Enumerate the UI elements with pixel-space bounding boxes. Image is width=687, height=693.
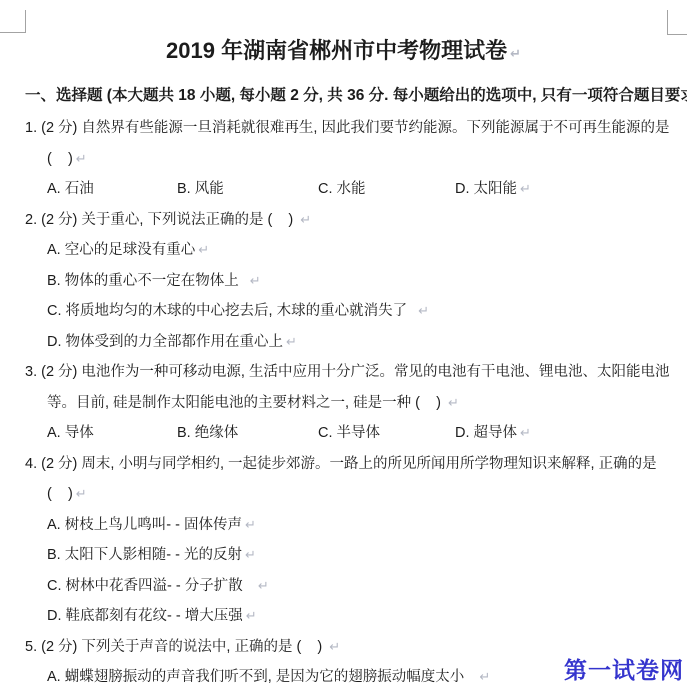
- paragraph-mark: ↵: [73, 152, 87, 167]
- question-3-option-d: D. 超导体: [455, 418, 517, 449]
- paragraph-mark: ↵: [517, 426, 531, 441]
- question-2-option-c: C. 将质地均匀的木球的中心挖去后, 木球的重心就消失了 ↵: [47, 296, 662, 327]
- question-4-option-d: D. 鞋底都刻有花纹- - 增大压强↵: [47, 601, 662, 632]
- paragraph-mark: ↵: [476, 670, 490, 685]
- question-4-stem: 4. (2 分) 周末, 小明与同学相约, 一起徒步郊游。一路上的所见所闻用所学…: [25, 449, 662, 480]
- site-watermark: 第一试卷网: [564, 652, 684, 685]
- section-heading: 一、选择题 (本大题共 18 小题, 每小题 2 分, 共 36 分. 每小题给…: [25, 86, 662, 106]
- paragraph-mark: ↵: [445, 396, 459, 411]
- paragraph-mark: ↵: [507, 47, 521, 62]
- question-3-stem-line-1: 3. (2 分) 电池作为一种可移动电源, 生活中应用十分广泛。常见的电池有干电…: [25, 357, 662, 388]
- question-4-option-c: C. 树林中花香四溢- - 分子扩散 ↵: [47, 571, 662, 602]
- question-3-option-b: B. 绝缘体: [177, 418, 318, 449]
- section-heading-text: 一、选择题 (本大题共 18 小题, 每小题 2 分, 共 36 分. 每小题给…: [25, 87, 687, 104]
- question-1-stem: 1. (2 分) 自然界有些能源一旦消耗就很难再生, 因此我们要节约能源。下列能…: [25, 113, 662, 144]
- document-page: 2019 年湖南省郴州市中考物理试卷↵ 一、选择题 (本大题共 18 小题, 每…: [0, 0, 687, 693]
- question-2-option-a: A. 空心的足球没有重心↵: [47, 235, 662, 266]
- question-4-answer-blank: ( )↵: [47, 479, 662, 510]
- question-1-option-b: B. 风能: [177, 174, 318, 205]
- question-1-option-a: A. 石油: [47, 174, 177, 205]
- paragraph-mark: ↵: [415, 304, 429, 319]
- page-margin-mark-right: [667, 10, 687, 35]
- question-2-option-d: D. 物体受到的力全部都作用在重心上↵: [47, 327, 662, 358]
- paragraph-mark: ↵: [283, 335, 297, 350]
- question-3-options-row: A. 导体B. 绝缘体C. 半导体D. 超导体↵: [47, 418, 662, 449]
- question-1-options-row: A. 石油B. 风能C. 水能D. 太阳能↵: [47, 174, 662, 205]
- question-4-option-b: B. 太阳下人影相随- - 光的反射↵: [47, 540, 662, 571]
- question-4-option-a: A. 树枝上鸟儿鸣叫- - 固体传声↵: [47, 510, 662, 541]
- document-content: 2019 年湖南省郴州市中考物理试卷↵ 一、选择题 (本大题共 18 小题, 每…: [25, 0, 662, 693]
- question-list: 1. (2 分) 自然界有些能源一旦消耗就很难再生, 因此我们要节约能源。下列能…: [25, 113, 662, 693]
- paragraph-mark: ↵: [242, 548, 256, 563]
- paragraph-mark: ↵: [247, 274, 261, 289]
- page-margin-mark-left: [0, 10, 26, 33]
- paragraph-mark: ↵: [73, 487, 87, 502]
- exam-title-text: 2019 年湖南省郴州市中考物理试卷: [166, 38, 507, 63]
- question-3-option-a: A. 导体: [47, 418, 177, 449]
- paragraph-mark: ↵: [326, 640, 340, 655]
- question-3-option-c: C. 半导体: [318, 418, 455, 449]
- exam-title: 2019 年湖南省郴州市中考物理试卷↵: [25, 36, 662, 66]
- question-1-option-c: C. 水能: [318, 174, 455, 205]
- paragraph-mark: ↵: [195, 243, 209, 258]
- question-3-stem-line-2: 等。目前, 硅是制作太阳能电池的主要材料之一, 硅是一种 ( ) ↵: [47, 388, 662, 419]
- paragraph-mark: ↵: [255, 579, 269, 594]
- question-2-option-b: B. 物体的重心不一定在物体上 ↵: [47, 266, 662, 297]
- paragraph-mark: ↵: [242, 518, 256, 533]
- question-2-stem: 2. (2 分) 关于重心, 下列说法正确的是 ( ) ↵: [25, 205, 662, 236]
- question-1-answer-blank: ( )↵: [47, 144, 662, 175]
- question-1-option-d: D. 太阳能: [455, 174, 517, 205]
- paragraph-mark: ↵: [243, 609, 257, 624]
- paragraph-mark: ↵: [297, 213, 311, 228]
- paragraph-mark: ↵: [517, 182, 531, 197]
